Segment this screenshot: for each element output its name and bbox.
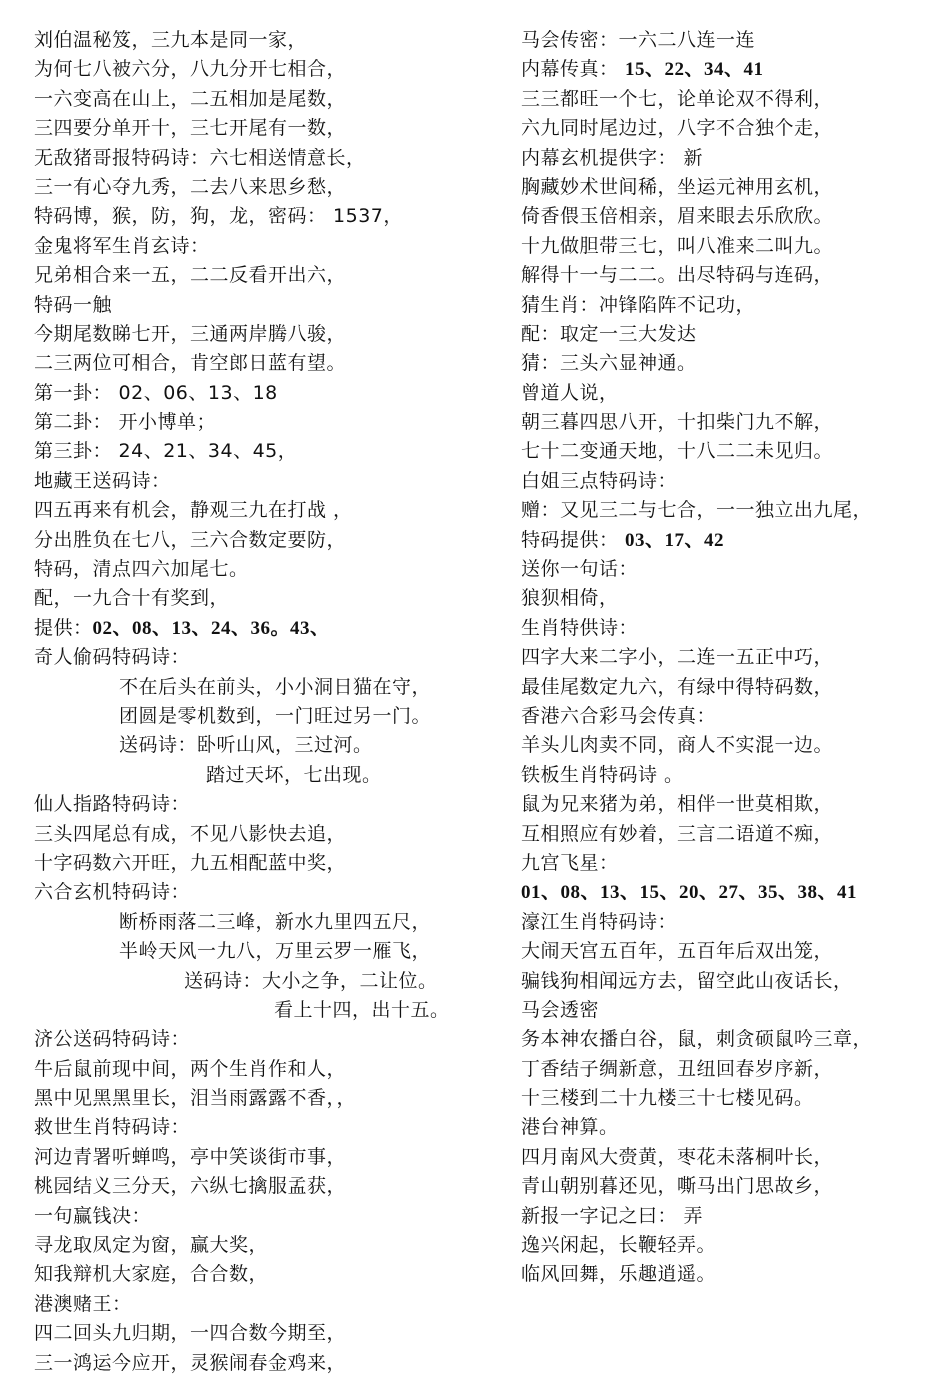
text-line: 猜生肖：冲锋陷阵不记功， <box>521 291 931 320</box>
text-line: 七十二变通天地，十八二二未见归。 <box>521 437 931 466</box>
text-line: 马会传密：一六二八连一连 <box>521 26 931 55</box>
text-line: 倚香偎玉倍相亲，眉来眼去乐欣欣。 <box>521 202 931 231</box>
text-line: 三三都旺一个七，论单论双不得利， <box>521 85 931 114</box>
number-list: 02、08、13、24、36。43、 <box>93 618 330 639</box>
text-line: 第一卦： 02、06、13、18 <box>34 379 494 408</box>
text-line: 互相照应有妙着，三言二语道不痴， <box>521 820 931 849</box>
text-line: 四月南风大赍黄，枣花未落桐叶长， <box>521 1143 931 1172</box>
text-line: 解得十一与二二。出尽特码与连码， <box>521 261 931 290</box>
text-line: 生肖特供诗： <box>521 614 931 643</box>
text-line: 十字码数六开旺，九五相配蓝中奖， <box>34 849 494 878</box>
text-line: 一句赢钱决： <box>34 1202 494 1231</box>
text-line: 港澳赌王： <box>34 1290 494 1319</box>
text-line: 曾道人说， <box>521 379 931 408</box>
text-line: 特码提供： 03、17、42 <box>521 526 931 555</box>
text-line: 马会透密 <box>521 996 931 1025</box>
text-line: 朝三暮四思八开，十扣柴门九不解， <box>521 408 931 437</box>
number-list: 01、08、13、15、20、27、35、38、41 <box>521 882 857 903</box>
text-line: 知我辩机大家庭，合合数， <box>34 1260 494 1289</box>
text-line: 奇人偷码特码诗： <box>34 643 494 672</box>
text-line: 三头四尾总有成，不见八影快去追， <box>34 820 494 849</box>
text-line: 四二回头九归期，一四合数今期至， <box>34 1319 494 1348</box>
text-line: 刘伯温秘笈，三九本是同一家， <box>34 26 494 55</box>
text-line: 第三卦： 24、21、34、45， <box>34 437 494 466</box>
text-line: 断桥雨落二三峰，新水九里四五尺， <box>34 908 494 937</box>
text-line: 特码一触 <box>34 291 494 320</box>
text-line: 踏过天坏，七出现。 <box>34 761 494 790</box>
text-line: 务本神农播白谷，鼠，刺贪硕鼠吟三章， <box>521 1025 931 1054</box>
text-line: 大闹天宫五百年，五百年后双出笼， <box>521 937 931 966</box>
text-line: 最佳尾数定九六，有绿中得特码数， <box>521 673 931 702</box>
text-line: 四字大来二字小，二连一五正中巧， <box>521 643 931 672</box>
text-line: 六合玄机特码诗： <box>34 878 494 907</box>
text-line: 特码博，猴，防，狗，龙，密码： 1537， <box>34 202 494 231</box>
text-line: 提供：02、08、13、24、36。43、 <box>34 614 494 643</box>
text-line: 为何七八被六分，八九分开七相合， <box>34 55 494 84</box>
text-line: 内幕玄机提供字： 新 <box>521 144 931 173</box>
text-line: 特码，清点四六加尾七。 <box>34 555 494 584</box>
text-line: 赠：又见三二与七合，一一独立出九尾， <box>521 496 931 525</box>
text-line: 十九做胆带三七，叫八准来二叫九。 <box>521 232 931 261</box>
text-line: 配，一九合十有奖到， <box>34 584 494 613</box>
text-line: 青山朝别暮还见，嘶马出门思故乡， <box>521 1172 931 1201</box>
text-line: 仙人指路特码诗： <box>34 790 494 819</box>
text-line: 三一鸿运今应开，灵猴闹春金鸡来， <box>34 1349 494 1378</box>
text-line: 河边青署听蝉鸣，亭中笑谈街市事， <box>34 1143 494 1172</box>
text-line: 分出胜负在七八，三六合数定要防， <box>34 526 494 555</box>
text-line: 丁香结子绸新意，丑纽回春岁序新， <box>521 1055 931 1084</box>
text-line: 半岭天风一九八，万里云罗一雁飞， <box>34 937 494 966</box>
text-line: 香港六合彩马会传真： <box>521 702 931 731</box>
number-list: 03、17、42 <box>625 530 724 551</box>
text-line: 看上十四，出十五。 <box>34 996 494 1025</box>
text-line: 兄弟相合来一五，二二反看开出六， <box>34 261 494 290</box>
text-line: 送你一句话： <box>521 555 931 584</box>
line-label: 提供： <box>34 617 93 639</box>
text-line: 第二卦： 开小博单； <box>34 408 494 437</box>
text-line: 临风回舞，乐趣逍遥。 <box>521 1260 931 1289</box>
text-line: 01、08、13、15、20、27、35、38、41 <box>521 878 931 907</box>
text-line: 三四要分单开十，三七开尾有一数， <box>34 114 494 143</box>
text-line: 狼狈相倚， <box>521 584 931 613</box>
text-line: 济公送码特码诗： <box>34 1025 494 1054</box>
text-line: 濠江生肖特码诗： <box>521 908 931 937</box>
text-line: 白姐三点特码诗： <box>521 467 931 496</box>
text-line: 羊头儿肉卖不同，商人不实混一边。 <box>521 731 931 760</box>
text-line: 十三楼到二十九楼三十七楼见码。 <box>521 1084 931 1113</box>
text-line: 团圆是零机数到，一门旺过另一门。 <box>34 702 494 731</box>
text-line: 送码诗：卧听山风，三过河。 <box>34 731 494 760</box>
text-line: 逸兴闲起，长鞭轻弄。 <box>521 1231 931 1260</box>
text-line: 桃园结义三分天，六纵七擒服孟获， <box>34 1172 494 1201</box>
line-label: 特码提供： <box>521 529 625 551</box>
text-line: 救世生肖特码诗： <box>34 1113 494 1142</box>
line-label: 内幕传真： <box>521 58 625 80</box>
text-line: 四五再来有机会，静观三九在打战 ， <box>34 496 494 525</box>
text-line: 骗钱狗相闻远方去，留空此山夜话长， <box>521 967 931 996</box>
text-line: 金鬼将军生肖玄诗： <box>34 232 494 261</box>
right-column: 马会传密：一六二八连一连内幕传真： 15、22、34、41三三都旺一个七，论单论… <box>521 26 931 1290</box>
text-line: 三一有心夺九秀，二去八来思乡愁， <box>34 173 494 202</box>
number-list: 15、22、34、41 <box>625 59 764 80</box>
text-line: 二三两位可相合，肯空郎日蓝有望。 <box>34 349 494 378</box>
text-line: 地藏王送码诗： <box>34 467 494 496</box>
text-line: 黑中见黑黑里长，泪当雨露露不香，， <box>34 1084 494 1113</box>
text-line: 鼠为兄来猪为弟，相伴一世莫相欺， <box>521 790 931 819</box>
text-line: 无敌猪哥报特码诗：六七相送情意长， <box>34 144 494 173</box>
text-line: 内幕传真： 15、22、34、41 <box>521 55 931 84</box>
text-line: 寻龙取凤定为窗，赢大奖， <box>34 1231 494 1260</box>
text-line: 猜：三头六显神通。 <box>521 349 931 378</box>
text-line: 新报一字记之曰： 弄 <box>521 1202 931 1231</box>
text-line: 不在后头在前头，小小洞日猫在守， <box>34 673 494 702</box>
text-line: 胸藏妙术世间稀，坐运元神用玄机， <box>521 173 931 202</box>
text-line: 今期尾数睇七开，三通两岸腾八骏， <box>34 320 494 349</box>
text-line: 送码诗：大小之争，二让位。 <box>34 967 494 996</box>
text-line: 一六变高在山上，二五相加是尾数， <box>34 85 494 114</box>
text-line: 牛后鼠前现中间，两个生肖作和人， <box>34 1055 494 1084</box>
text-line: 港台神算。 <box>521 1113 931 1142</box>
text-line: 六九同时尾边过，八字不合独个走， <box>521 114 931 143</box>
text-line: 九宫飞星： <box>521 849 931 878</box>
text-line: 配：取定一三大发达 <box>521 320 931 349</box>
left-column: 刘伯温秘笈，三九本是同一家，为何七八被六分，八九分开七相合，一六变高在山上，二五… <box>34 26 494 1378</box>
text-line: 铁板生肖特码诗 。 <box>521 761 931 790</box>
